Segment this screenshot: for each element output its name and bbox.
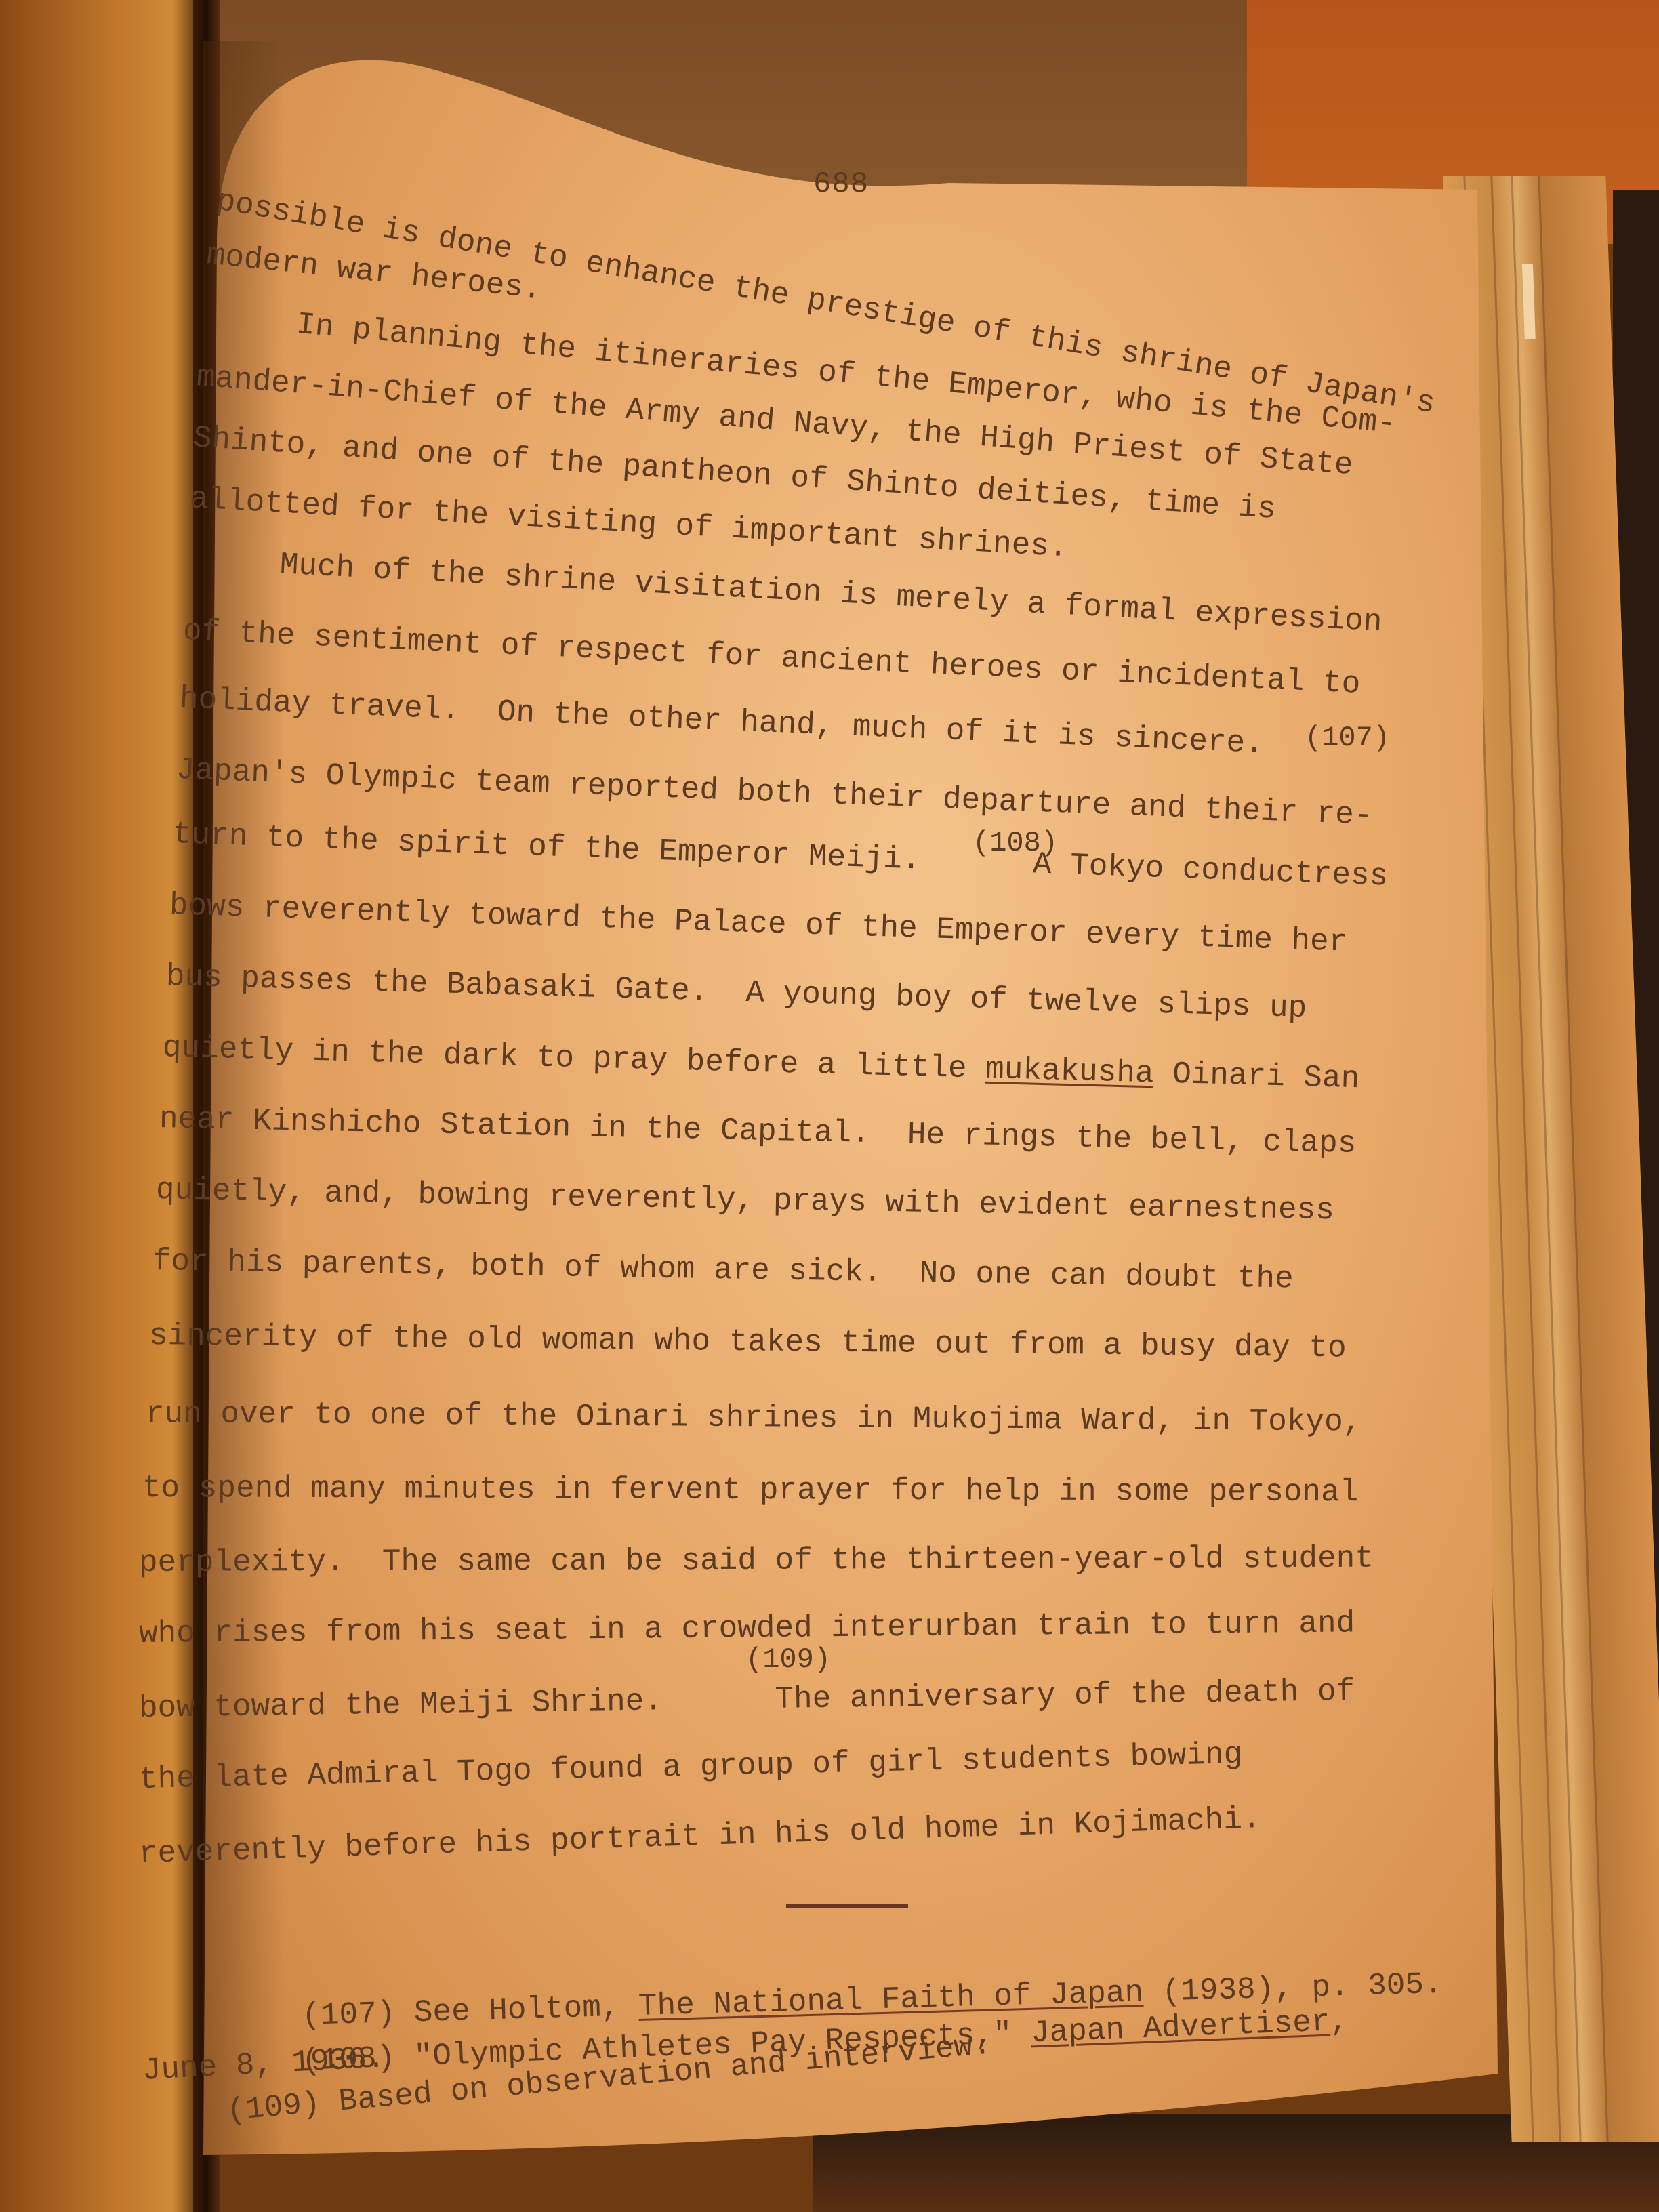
footnote-separator xyxy=(786,1904,908,1908)
footnote-108-suffix: , xyxy=(1329,2003,1349,2039)
page-edge-line xyxy=(1490,176,1561,2142)
footnote-108-source: Japan Advertiser xyxy=(1030,2004,1330,2051)
footnote-ref-108[interactable]: (108) xyxy=(972,827,1058,859)
body-line: perplexity. The same can be said of the … xyxy=(139,1541,1374,1580)
body-line-continuation: Oinari San xyxy=(1153,1056,1360,1097)
page-number: 688 xyxy=(813,169,869,199)
footnote-ref-107[interactable]: (107) xyxy=(1305,722,1390,754)
bookmark-tab xyxy=(1522,264,1536,339)
body-line: to spend many minutes in fervent prayer … xyxy=(142,1471,1358,1510)
footnote-ref-109[interactable]: (109) xyxy=(745,1643,831,1676)
photo-scene: 688 possible is done to enhance the pres… xyxy=(0,0,1659,2212)
underlined-term: mukakusha xyxy=(985,1052,1155,1091)
